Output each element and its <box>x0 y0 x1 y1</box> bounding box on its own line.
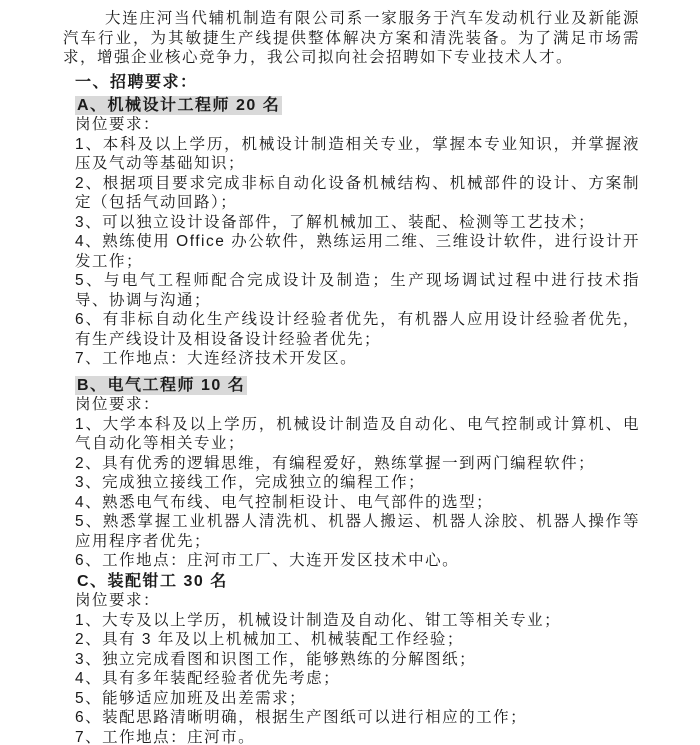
requirement-item: 6、装配思路清晰明确，根据生产图纸可以进行相应的工作； <box>75 708 640 728</box>
requirement-item: 1、本科及以上学历，机械设计制造相关专业，掌握本专业知识，并掌握液压及气动等基础… <box>75 135 640 174</box>
requirement-item: 1、大专及以上学历，机械设计制造及自动化、钳工等相关专业； <box>75 611 640 631</box>
job-title: A、机械设计工程师 20 名 <box>75 96 640 116</box>
requirement-item: 4、具有多年装配经验者优先考虑； <box>75 669 640 689</box>
requirements-label: 岗位要求： <box>75 115 640 135</box>
requirements-label: 岗位要求： <box>75 591 640 611</box>
requirement-item: 5、与电气工程师配合完成设计及制造；生产现场调试过程中进行技术指导、协调与沟通； <box>75 271 640 310</box>
requirement-item: 6、有非标自动化生产线设计经验者优先，有机器人应用设计经验者优先，有生产线设计及… <box>75 310 640 349</box>
intro-paragraph: 大连庄河当代辅机制造有限公司系一家服务于汽车发动机行业及新能源汽车行业，为其敏捷… <box>63 9 640 68</box>
job-title-text: C、装配钳工 30 名 <box>75 572 230 592</box>
requirement-item: 3、完成独立接线工作，完成独立的编程工作； <box>75 473 640 493</box>
requirements-label: 岗位要求： <box>75 395 640 415</box>
job-title: B、电气工程师 10 名 <box>75 376 640 396</box>
requirement-item: 3、独立完成看图和识图工作，能够熟练的分解图纸； <box>75 650 640 670</box>
requirement-item: 6、工作地点：庄河市工厂、大连开发区技术中心。 <box>75 551 640 571</box>
job-section: C、装配钳工 30 名 岗位要求： 1、大专及以上学历，机械设计制造及自动化、钳… <box>75 572 640 745</box>
requirement-item: 5、熟悉掌握工业机器人清洗机、机器人搬运、机器人涂胶、机器人操作等应用程序者优先… <box>75 512 640 551</box>
job-title-text: B、电气工程师 10 名 <box>75 376 247 396</box>
requirement-item: 4、熟练使用 Office 办公软件，熟练运用二维、三维设计软件，进行设计开发工… <box>75 232 640 271</box>
requirements-list: 1、大专及以上学历，机械设计制造及自动化、钳工等相关专业；2、具有 3 年及以上… <box>75 611 640 745</box>
job-sections: A、机械设计工程师 20 名 岗位要求： 1、本科及以上学历，机械设计制造相关专… <box>75 96 640 745</box>
requirement-item: 7、工作地点：庄河市。 <box>75 728 640 745</box>
job-section: B、电气工程师 10 名 岗位要求： 1、大学本科及以上学历，机械设计制造及自动… <box>75 376 640 571</box>
requirements-list: 1、本科及以上学历，机械设计制造相关专业，掌握本专业知识，并掌握液压及气动等基础… <box>75 135 640 369</box>
job-title: C、装配钳工 30 名 <box>75 572 640 592</box>
requirement-item: 2、具有 3 年及以上机械加工、机械装配工作经验； <box>75 630 640 650</box>
document-page: 大连庄河当代辅机制造有限公司系一家服务于汽车发动机行业及新能源汽车行业，为其敏捷… <box>0 0 700 745</box>
requirements-list: 1、大学本科及以上学历，机械设计制造及自动化、电气控制或计算机、电气自动化等相关… <box>75 415 640 571</box>
requirement-item: 7、工作地点：大连经济技术开发区。 <box>75 349 640 369</box>
requirement-item: 4、熟悉电气布线、电气控制柜设计、电气部件的选型； <box>75 493 640 513</box>
requirement-item: 1、大学本科及以上学历，机械设计制造及自动化、电气控制或计算机、电气自动化等相关… <box>75 415 640 454</box>
requirement-item: 3、可以独立设计设备部件，了解机械加工、装配、检测等工艺技术； <box>75 213 640 233</box>
requirement-item: 2、根据项目要求完成非标自动化设备机械结构、机械部件的设计、方案制定（包括气动回… <box>75 174 640 213</box>
section-heading: 一、招聘要求： <box>75 73 640 93</box>
job-title-text: A、机械设计工程师 20 名 <box>75 96 282 116</box>
requirement-item: 5、能够适应加班及出差需求； <box>75 689 640 709</box>
job-section: A、机械设计工程师 20 名 岗位要求： 1、本科及以上学历，机械设计制造相关专… <box>75 96 640 369</box>
requirement-item: 2、具有优秀的逻辑思维，有编程爱好，熟练掌握一到两门编程软件； <box>75 454 640 474</box>
